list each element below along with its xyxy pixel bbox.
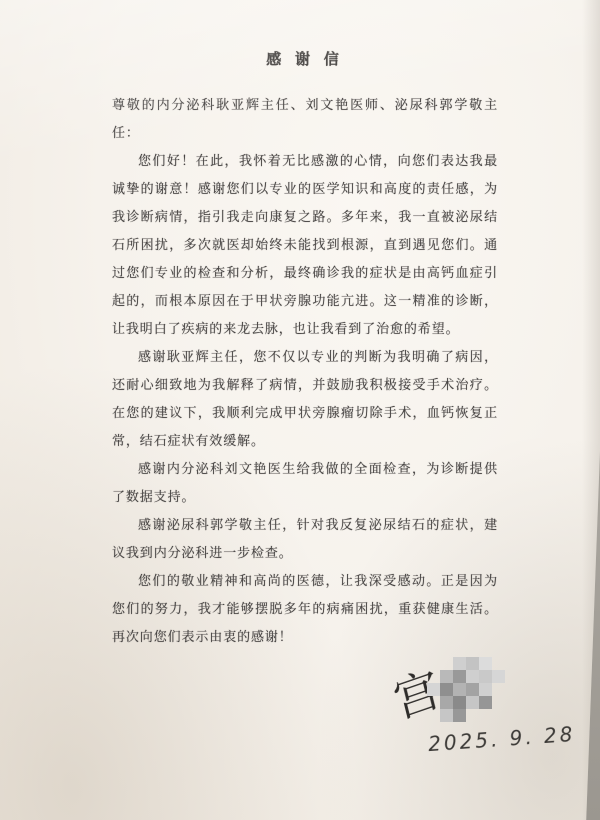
letter-paragraph: 感谢泌尿科郭学敬主任，针对我反复泌尿结石的症状，建议我到内分泌科进一步检查。 xyxy=(112,511,498,567)
letter-body: 感 谢 信 尊敬的内分泌科耿亚辉主任、刘文艳医师、泌尿科郭学敬主任： 您们好！在… xyxy=(112,48,498,651)
handwritten-date: 2025. 9. 28 xyxy=(427,722,576,756)
letter-paragraph: 您们好！在此，我怀着无比感激的心情，向您们表达我最诚挚的谢意！感谢您们以专业的医… xyxy=(112,147,498,343)
letter-paper: 感 谢 信 尊敬的内分泌科耿亚辉主任、刘文艳医师、泌尿科郭学敬主任： 您们好！在… xyxy=(0,0,600,820)
signature-redaction-mosaic xyxy=(427,657,505,722)
letter-salutation: 尊敬的内分泌科耿亚辉主任、刘文艳医师、泌尿科郭学敬主任： xyxy=(112,91,498,147)
letter-paragraph: 您们的敬业精神和高尚的医德，让我深受感动。正是因为您们的努力，我才能够摆脱多年的… xyxy=(112,567,498,651)
letter-title: 感 谢 信 xyxy=(112,48,498,69)
letter-paragraph: 感谢耿亚辉主任，您不仅以专业的判断为我明确了病因，还耐心细致地为我解释了病情，并… xyxy=(112,343,498,455)
photo-background: 感 谢 信 尊敬的内分泌科耿亚辉主任、刘文艳医师、泌尿科郭学敬主任： 您们好！在… xyxy=(0,0,600,820)
letter-paragraph: 感谢内分泌科刘文艳医生给我做的全面检查，为诊断提供了数据支持。 xyxy=(112,455,498,511)
signature-area: 宫 2025. 9 xyxy=(112,655,522,785)
